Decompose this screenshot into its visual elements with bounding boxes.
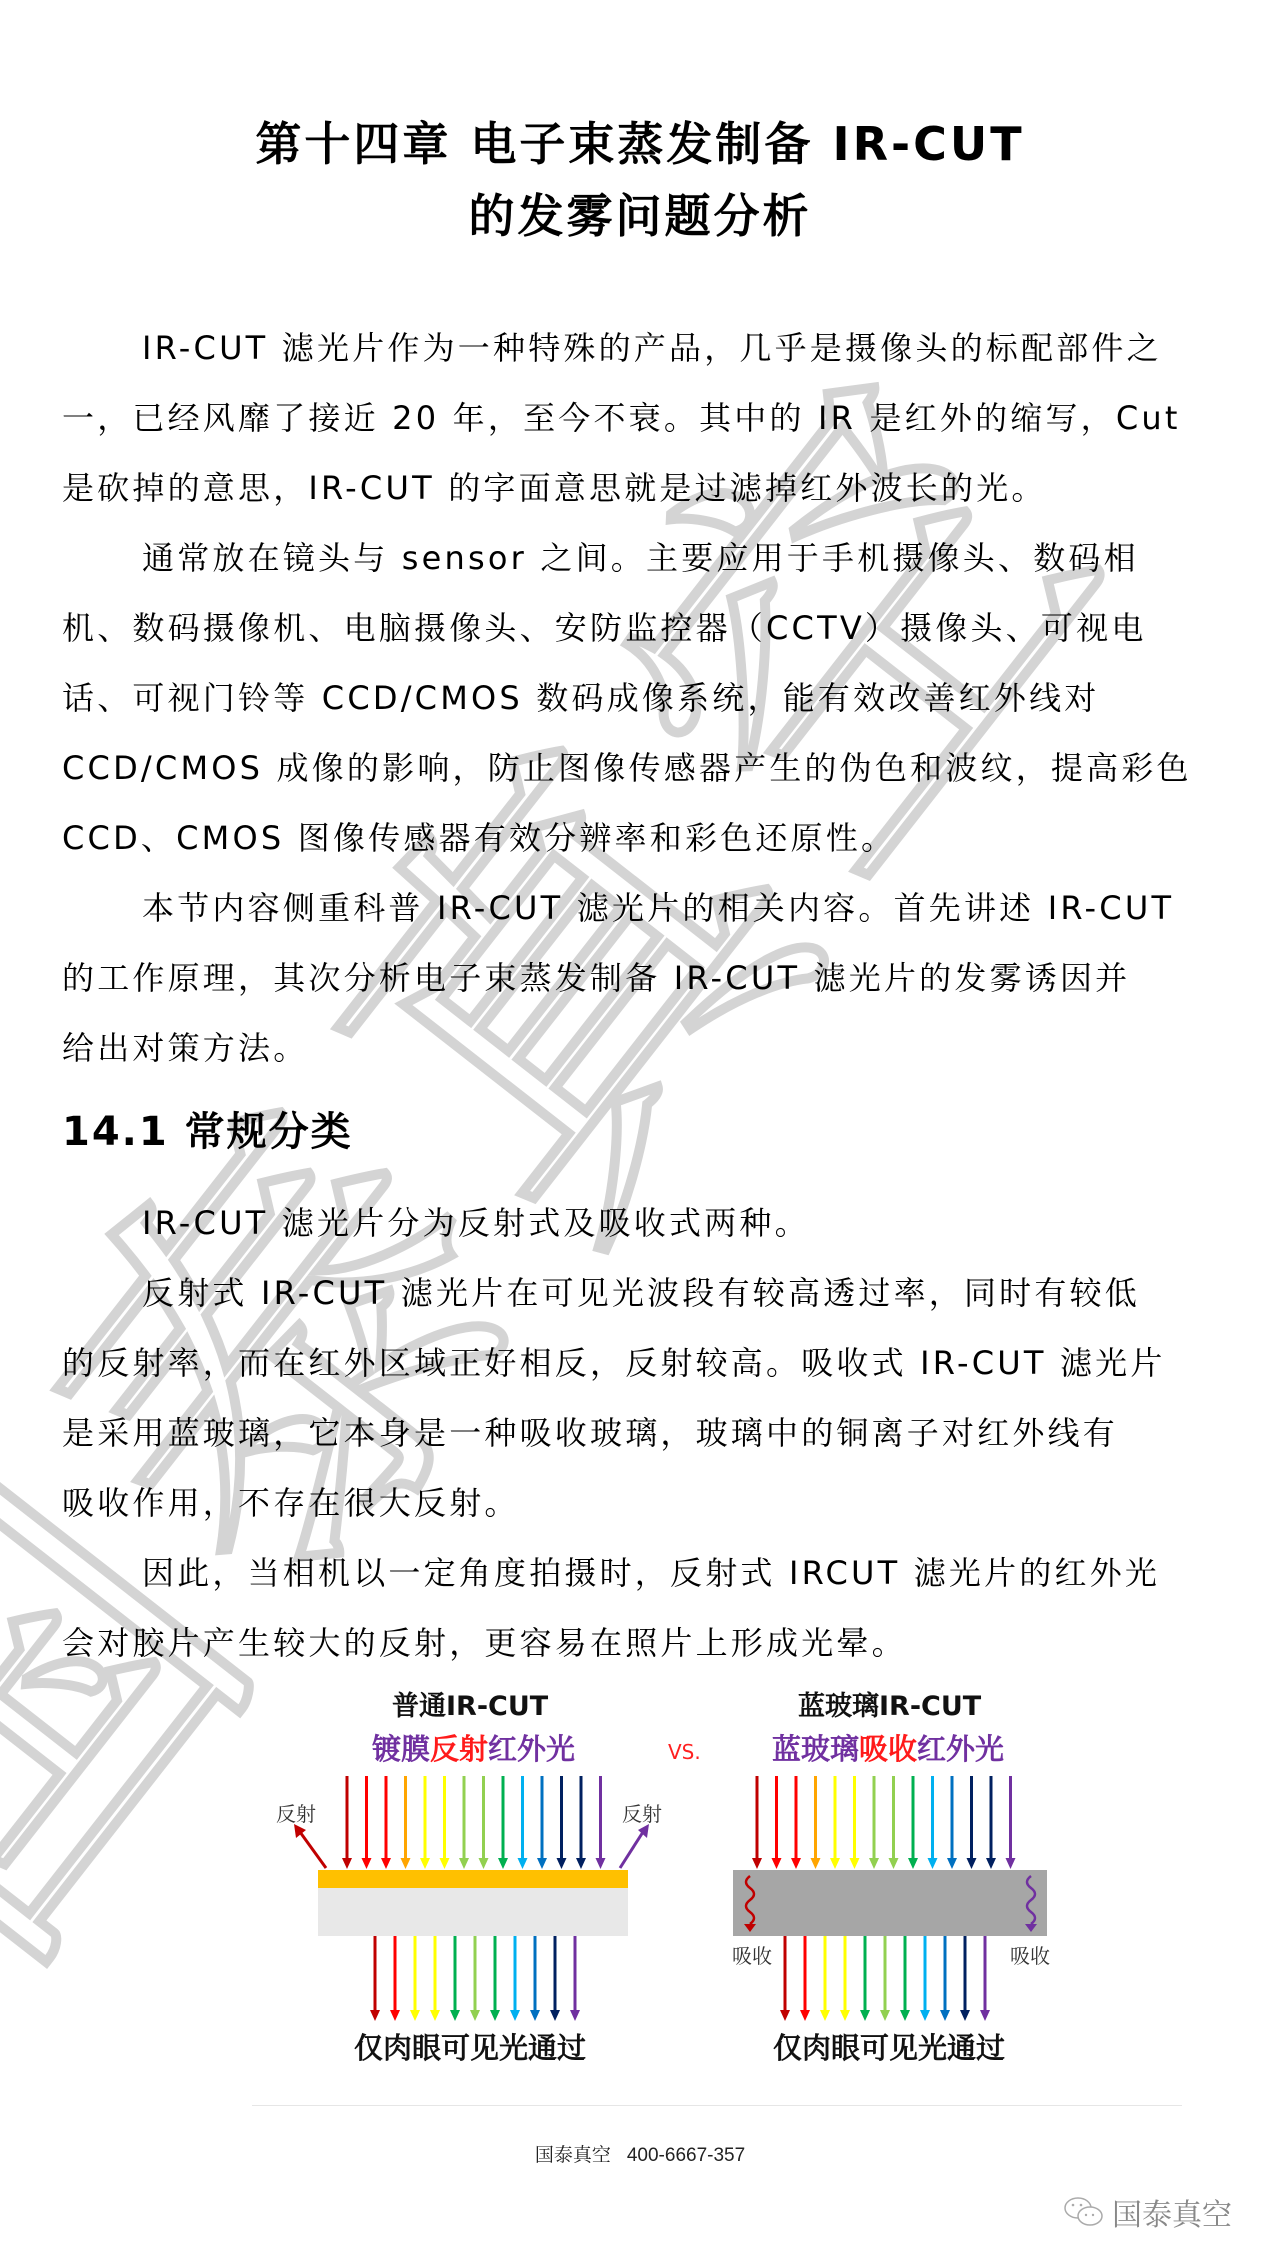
incoming-light-arrow <box>537 1776 547 1869</box>
paragraph-line: CCD/CMOS 成像的影响，防止图像传感器产生的伪色和波纹，提高彩色 <box>62 733 1222 803</box>
paragraph-line: 吸收作用，不存在很大反射。 <box>62 1468 1222 1538</box>
paragraph-reflective-vs-absorptive: 反射式 IR-CUT 滤光片在可见光波段有较高透过率，同时有较低 的反射率，而在… <box>62 1258 1222 1538</box>
incoming-light-arrow <box>498 1776 508 1869</box>
footer-divider <box>252 2105 1182 2106</box>
document-page: 第十四章 电子束蒸发制备 IR-CUT 的发雾问题分析 IR-CUT 滤光片作为… <box>0 0 1280 2255</box>
paragraph-line: 本节内容侧重科普 IR-CUT 滤光片的相关内容。首先讲述 IR-CUT <box>62 873 1222 943</box>
incoming-light-arrow <box>362 1776 372 1869</box>
wechat-brand-watermark: 国泰真空 <box>1062 2190 1232 2234</box>
section-heading: 14.1 常规分类 <box>62 1100 353 1157</box>
transmitted-light-arrow <box>410 1936 420 2021</box>
transmitted-light-arrow <box>800 1936 810 2021</box>
paragraph-line: 机、数码摄像机、电脑摄像头、安防监控器（CCTV）摄像头、可视电 <box>62 593 1222 663</box>
incoming-light-arrow <box>479 1776 489 1869</box>
absorb-label-right: 吸收 <box>1010 1940 1050 1969</box>
transmitted-light-arrow <box>960 1936 970 2021</box>
subtitle-part: 反射 <box>430 1732 488 1766</box>
paragraph-halo: 因此，当相机以一定角度拍摄时，反射式 IRCUT 滤光片的红外光 会对胶片产生较… <box>62 1538 1222 1678</box>
transmitted-light-arrow <box>530 1936 540 2021</box>
reflect-label-right: 反射 <box>622 1798 662 1827</box>
paragraph-line: CCD、CMOS 图像传感器有效分辨率和彩色还原性。 <box>62 803 1222 873</box>
transmitted-light-arrow <box>510 1936 520 2021</box>
transmitted-light-arrow <box>980 1936 990 2021</box>
footer-company: 国泰真空 <box>535 2145 611 2166</box>
transmitted-light-arrow <box>570 1936 580 2021</box>
vs-label: VS. <box>668 1740 701 1764</box>
subtitle-part: 蓝玻璃 <box>772 1732 859 1766</box>
incoming-light-arrow <box>947 1776 957 1869</box>
paragraph-line: 的工作原理，其次分析电子束蒸发制备 IR-CUT 滤光片的发雾诱因并 <box>62 943 1222 1013</box>
paragraph-line: 是采用蓝玻璃，它本身是一种吸收玻璃，玻璃中的铜离子对红外线有 <box>62 1398 1222 1468</box>
paragraph-line: 的反射率，而在红外区域正好相反，反射较高。吸收式 IR-CUT 滤光片 <box>62 1328 1222 1398</box>
incoming-light-arrow <box>889 1776 899 1869</box>
subtitle-part: 红外光 <box>917 1732 1004 1766</box>
incoming-light-arrow <box>459 1776 469 1869</box>
paragraph-section-scope: 本节内容侧重科普 IR-CUT 滤光片的相关内容。首先讲述 IR-CUT 的工作… <box>62 873 1222 1083</box>
right-diagram-subtitle: 蓝玻璃吸收红外光 <box>772 1727 1004 1768</box>
paragraph-line: IR-CUT 滤光片分为反射式及吸收式两种。 <box>62 1188 1222 1258</box>
transmitted-light-arrow <box>370 1936 380 2021</box>
paragraph-line: 给出对策方法。 <box>62 1013 1222 1083</box>
incoming-light-arrow <box>811 1776 821 1869</box>
substrate-layer <box>318 1888 628 1936</box>
right-bottom-label: 仅肉眼可见光通过 <box>773 2026 1005 2067</box>
transmitted-light-arrow <box>490 1936 500 2021</box>
left-diagram-title: 普通IR-CUT <box>392 1684 548 1723</box>
right-diagram-title: 蓝玻璃IR-CUT <box>798 1684 981 1723</box>
transmitted-light-arrow <box>390 1936 400 2021</box>
transmitted-light-arrow <box>900 1936 910 2021</box>
incoming-light-arrow <box>908 1776 918 1869</box>
incoming-light-arrow <box>850 1776 860 1869</box>
paragraph-line: 是砍掉的意思，IR-CUT 的字面意思就是过滤掉红外波长的光。 <box>62 453 1222 523</box>
incoming-light-arrow <box>342 1776 352 1869</box>
transmitted-light-arrow <box>940 1936 950 2021</box>
incoming-light-arrow <box>576 1776 586 1869</box>
paragraph-line: 通常放在镜头与 sensor 之间。主要应用于手机摄像头、数码相 <box>62 523 1222 593</box>
transmitted-light-arrow <box>880 1936 890 2021</box>
wechat-icon <box>1062 2194 1106 2230</box>
subtitle-part: 红外光 <box>488 1732 575 1766</box>
incoming-light-arrow <box>420 1776 430 1869</box>
incoming-light-arrow <box>772 1776 782 1869</box>
transmitted-light-arrow <box>550 1936 560 2021</box>
chapter-title-line-2: 的发雾问题分析 <box>0 180 1280 246</box>
paragraph-line: IR-CUT 滤光片作为一种特殊的产品，几乎是摄像头的标配部件之 <box>62 313 1222 383</box>
reflected-arrow-right <box>620 1824 649 1868</box>
incoming-light-arrow <box>1006 1776 1016 1869</box>
paragraph-line: 话、可视门铃等 CCD/CMOS 数码成像系统，能有效改善红外线对 <box>62 663 1222 733</box>
incoming-light-arrow <box>381 1776 391 1869</box>
incoming-light-arrow <box>986 1776 996 1869</box>
left-bottom-label: 仅肉眼可见光通过 <box>354 2026 586 2067</box>
incoming-light-arrow <box>869 1776 879 1869</box>
incoming-light-arrow <box>518 1776 528 1869</box>
incoming-light-arrow <box>967 1776 977 1869</box>
subtitle-part: 镀膜 <box>372 1732 430 1766</box>
incoming-light-arrow <box>791 1776 801 1869</box>
transmitted-light-arrow <box>860 1936 870 2021</box>
brand-name: 国泰真空 <box>1112 2190 1232 2234</box>
incoming-light-arrow <box>440 1776 450 1869</box>
paragraph-types: IR-CUT 滤光片分为反射式及吸收式两种。 <box>62 1188 1222 1258</box>
transmitted-light-arrow <box>470 1936 480 2021</box>
absorb-label-left: 吸收 <box>732 1940 772 1969</box>
footer-phone: 400-6667-357 <box>627 2145 745 2166</box>
transmitted-light-arrow <box>430 1936 440 2021</box>
incoming-light-arrow <box>752 1776 762 1869</box>
subtitle-part: 吸收 <box>859 1732 917 1766</box>
blue-glass-layer <box>733 1870 1047 1936</box>
paragraph-line: 反射式 IR-CUT 滤光片在可见光波段有较高透过率，同时有较低 <box>62 1258 1222 1328</box>
transmitted-light-arrow <box>450 1936 460 2021</box>
transmitted-light-arrow <box>840 1936 850 2021</box>
incoming-light-arrow <box>928 1776 938 1869</box>
paragraph-intro: IR-CUT 滤光片作为一种特殊的产品，几乎是摄像头的标配部件之 一，已经风靡了… <box>62 313 1222 523</box>
footer-contact: 国泰真空400-6667-357 <box>0 2140 1280 2167</box>
diagram-graphics <box>0 1680 1280 2080</box>
transmitted-light-arrow <box>820 1936 830 2021</box>
reflect-label-left: 反射 <box>276 1798 316 1827</box>
paragraph-applications: 通常放在镜头与 sensor 之间。主要应用于手机摄像头、数码相 机、数码摄像机… <box>62 523 1222 873</box>
paragraph-line: 一，已经风靡了接近 20 年，至今不衰。其中的 IR 是红外的缩写，Cut <box>62 383 1222 453</box>
incoming-light-arrow <box>830 1776 840 1869</box>
incoming-light-arrow <box>557 1776 567 1869</box>
chapter-title-line-1: 第十四章 电子束蒸发制备 IR-CUT <box>0 108 1280 174</box>
paragraph-line: 因此，当相机以一定角度拍摄时，反射式 IRCUT 滤光片的红外光 <box>62 1538 1222 1608</box>
paragraph-line: 会对胶片产生较大的反射，更容易在照片上形成光晕。 <box>62 1608 1222 1678</box>
ircut-comparison-diagram: 普通IR-CUT 镀膜反射红外光 反射 反射 仅肉眼可见光通过 VS. 蓝玻璃I… <box>0 1680 1280 2080</box>
transmitted-light-arrow <box>920 1936 930 2021</box>
reflected-arrow-left <box>294 1824 326 1868</box>
incoming-light-arrow <box>596 1776 606 1869</box>
coating-layer <box>318 1870 628 1888</box>
transmitted-light-arrow <box>780 1936 790 2021</box>
incoming-light-arrow <box>401 1776 411 1869</box>
left-diagram-subtitle: 镀膜反射红外光 <box>372 1727 575 1768</box>
